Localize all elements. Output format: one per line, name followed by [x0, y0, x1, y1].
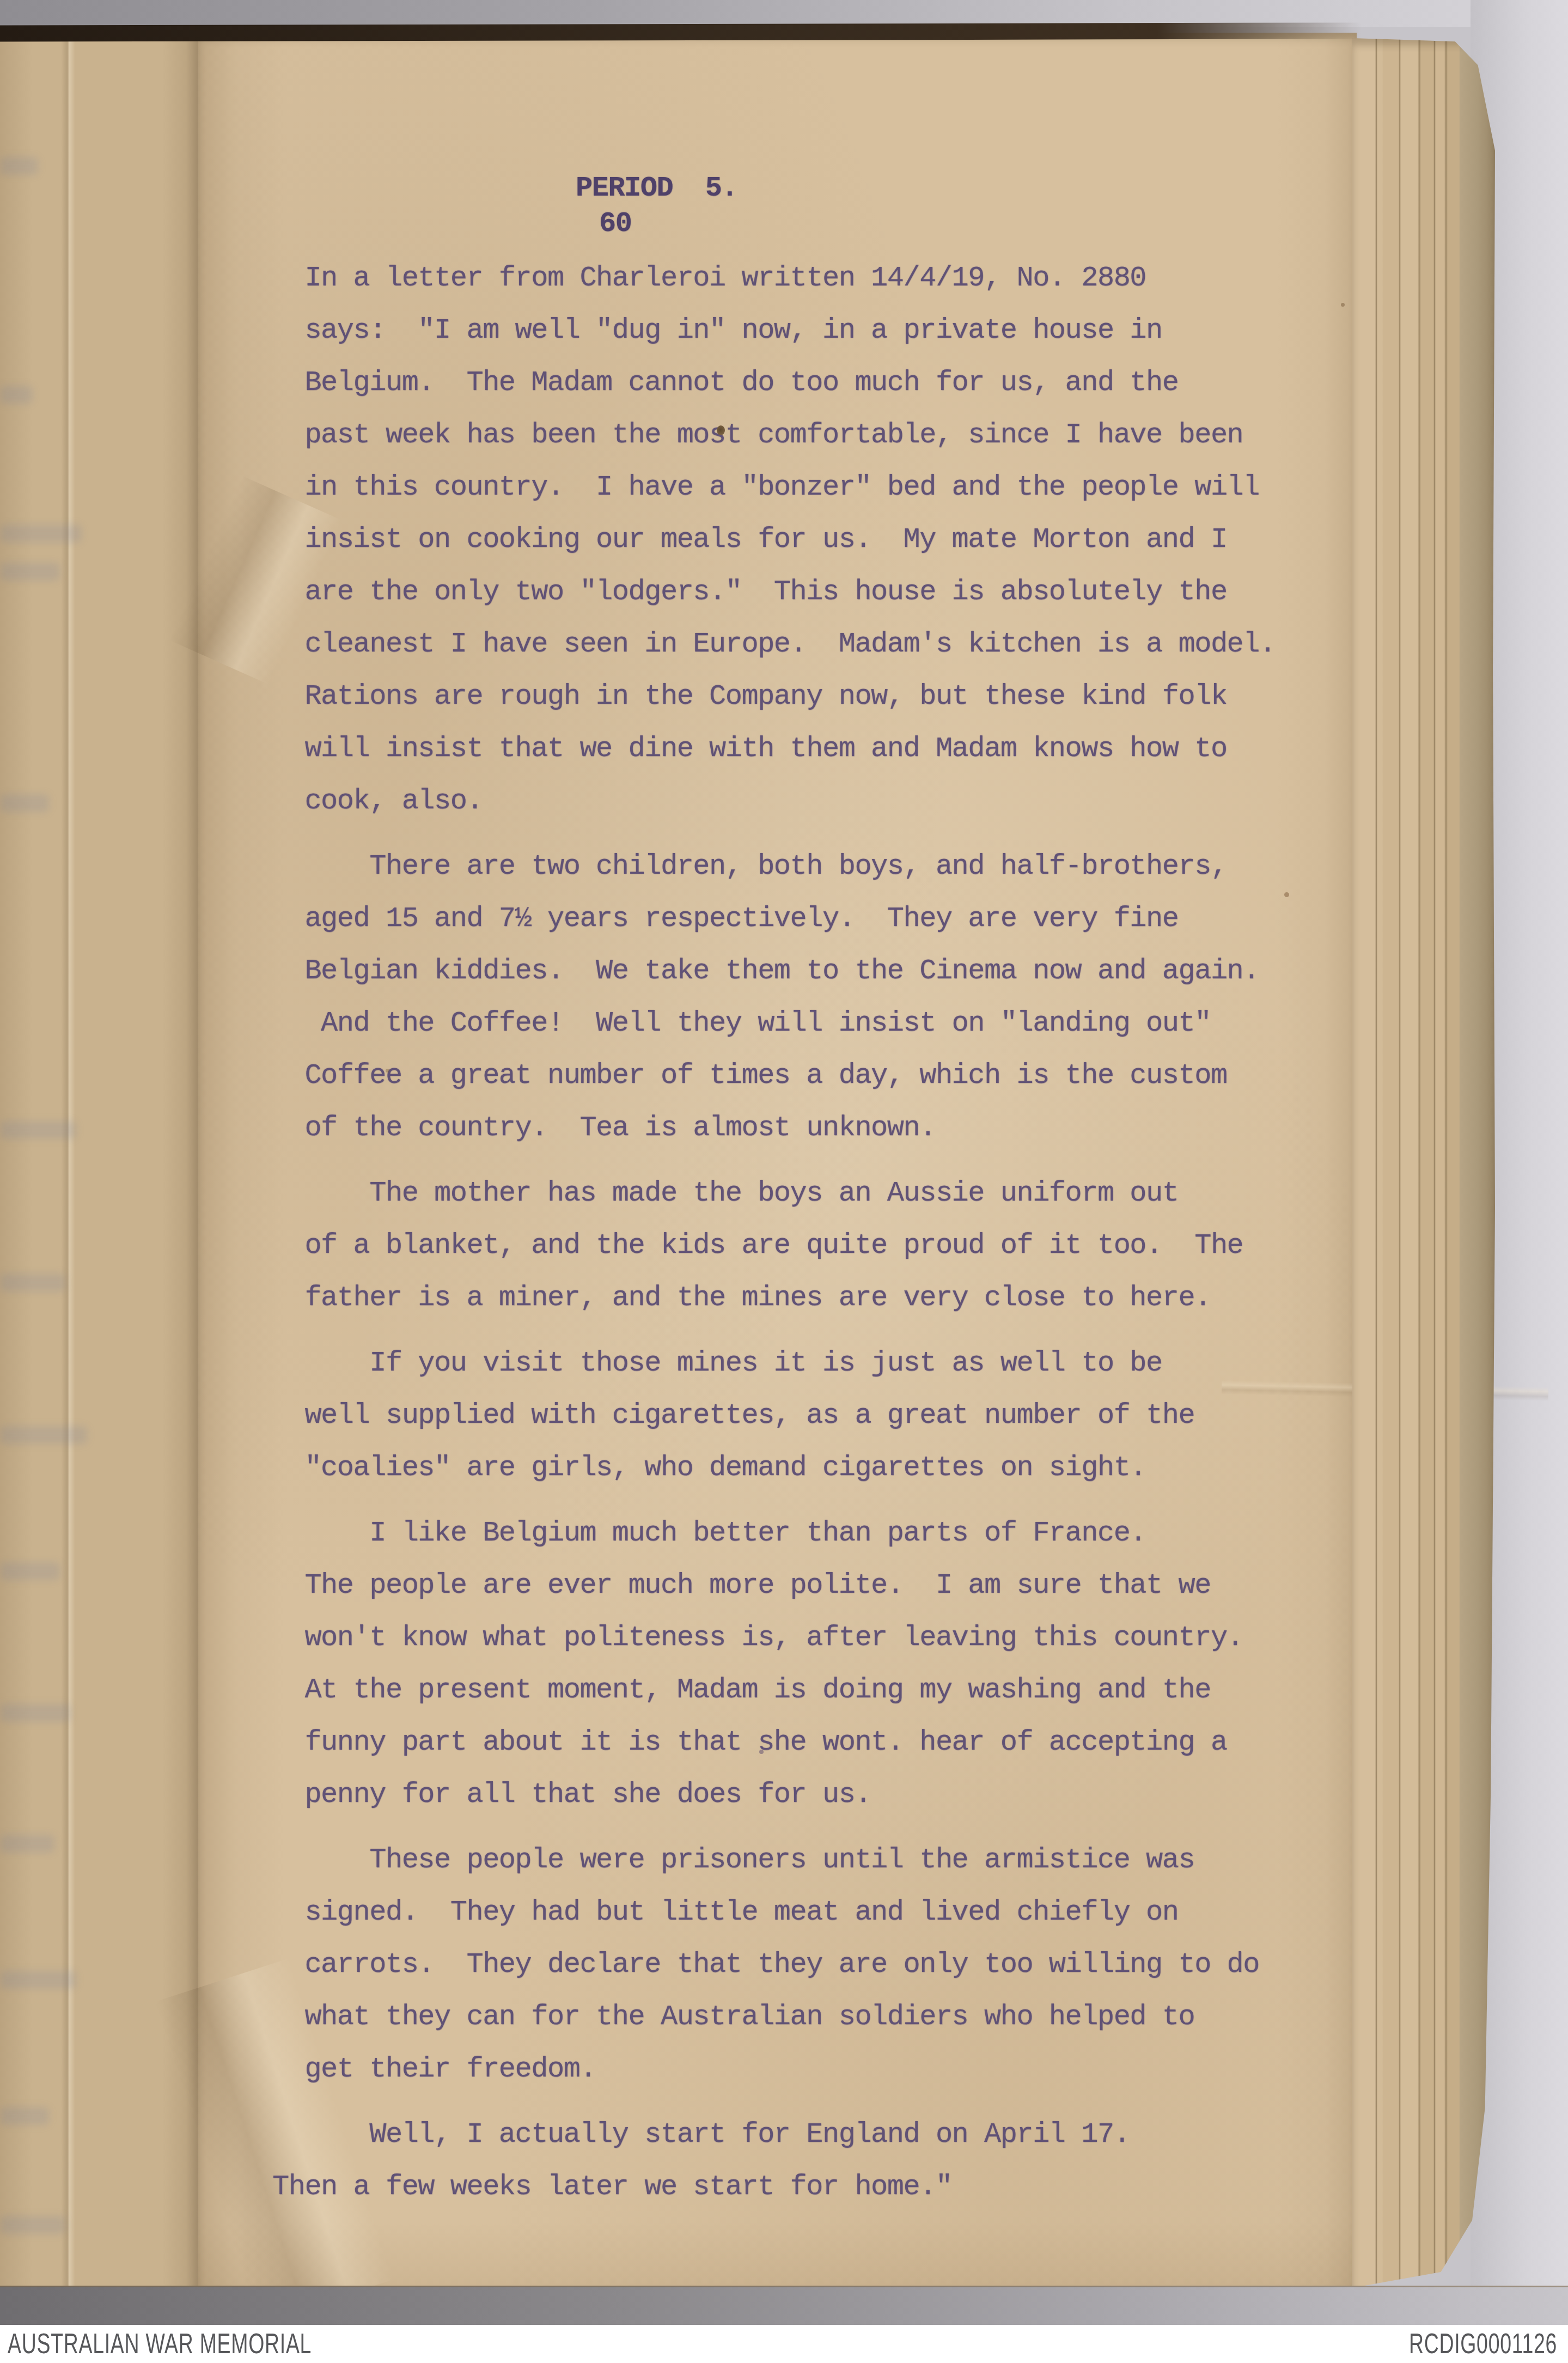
- typewritten-line: signed. They had but little meat and liv…: [272, 1886, 1362, 1939]
- paper-speck: [1341, 303, 1345, 307]
- bleed-through-mark: [0, 1562, 60, 1580]
- ink-blot-stain: [717, 425, 725, 435]
- page-number: 60: [599, 208, 631, 240]
- typewritten-line: Then a few weeks later we start for home…: [272, 2161, 1362, 2213]
- archive-institution-label: AUSTRALIAN WAR MEMORIAL: [8, 2328, 312, 2360]
- typewritten-line: funny part about it is that she wont. he…: [272, 1716, 1362, 1769]
- left-page-fold-line: [61, 32, 75, 2287]
- paper-speck: [386, 1069, 389, 1073]
- typewritten-line: get their freedom.: [272, 2043, 1362, 2096]
- typewritten-line: "coalies" are girls, who demand cigarett…: [272, 1442, 1362, 1494]
- page-edges-stack: [1352, 38, 1495, 2288]
- bleed-through-mark: [0, 1121, 76, 1139]
- typewritten-line: father is a miner, and the mines are ver…: [272, 1272, 1362, 1324]
- typewritten-line: Belgium. The Madam cannot do too much fo…: [272, 357, 1362, 409]
- paragraph: If you visit those mines it is just as w…: [272, 1337, 1362, 1494]
- typewritten-line: what they can for the Australian soldier…: [272, 1991, 1362, 2043]
- typewritten-line: past week has been the most comfortable,…: [272, 409, 1362, 461]
- typewritten-letter-body: In a letter from Charleroi written 14/4/…: [272, 252, 1362, 2226]
- page-heading: PERIOD 5.: [576, 172, 737, 204]
- typewritten-line: carrots. They declare that they are only…: [272, 1939, 1362, 1991]
- paragraph: Well, I actually start for England on Ap…: [272, 2109, 1362, 2213]
- typewritten-line: The mother has made the boys an Aussie u…: [272, 1167, 1362, 1220]
- bleed-through-mark: [0, 563, 60, 581]
- typewritten-line: penny for all that she does for us.: [272, 1769, 1362, 1821]
- typewritten-line: Belgian kiddies. We take them to the Cin…: [272, 945, 1362, 997]
- bleed-through-mark: [0, 525, 82, 543]
- typewritten-line: And the Coffee! Well they will insist on…: [272, 997, 1362, 1050]
- typewritten-line: Well, I actually start for England on Ap…: [272, 2109, 1362, 2161]
- typewritten-line: These people were prisoners until the ar…: [272, 1834, 1362, 1886]
- paragraph: I like Belgium much better than parts of…: [272, 1507, 1362, 1821]
- bleed-through-mark: [0, 1704, 71, 1722]
- bleed-through-mark: [0, 1971, 76, 1989]
- previous-page-edge: [0, 32, 200, 2287]
- typewritten-line: Rations are rough in the Company now, bu…: [272, 671, 1362, 723]
- typewritten-line: says: "I am well "dug in" now, in a priv…: [272, 304, 1362, 357]
- bleed-through-mark: [0, 386, 33, 404]
- scanner-background-bottom: [0, 2286, 1568, 2327]
- typewritten-line: will insist that we dine with them and M…: [272, 723, 1362, 775]
- bleed-through-mark: [0, 2216, 65, 2234]
- typewritten-line: well supplied with cigarettes, as a grea…: [272, 1390, 1362, 1442]
- typewritten-line: At the present moment, Madam is doing my…: [272, 1664, 1362, 1716]
- typewritten-line: insist on cooking our meals for us. My m…: [272, 514, 1362, 566]
- paper-speck: [759, 1750, 764, 1754]
- typewritten-line: in this country. I have a "bonzer" bed a…: [272, 461, 1362, 514]
- archive-reference-id: RCDIG0001126: [1409, 2328, 1557, 2360]
- typewritten-line: cleanest I have seen in Europe. Madam's …: [272, 618, 1362, 671]
- typewritten-line: The people are ever much more polite. I …: [272, 1560, 1362, 1612]
- typewritten-line: aged 15 and 7½ years respectively. They …: [272, 893, 1362, 945]
- typewritten-line: are the only two "lodgers." This house i…: [272, 566, 1362, 618]
- typewritten-line: I like Belgium much better than parts of…: [272, 1507, 1362, 1560]
- archive-footer-bar: AUSTRALIAN WAR MEMORIAL RCDIG0001126: [0, 2325, 1568, 2363]
- book-cover-edge: [0, 22, 1362, 41]
- bleed-through-mark: [0, 794, 49, 812]
- typewritten-line: of the country. Tea is almost unknown.: [272, 1102, 1362, 1154]
- typewritten-line: There are two children, both boys, and h…: [272, 841, 1362, 893]
- bleed-through-mark: [0, 1426, 87, 1444]
- typewritten-line: Coffee a great number of times a day, wh…: [272, 1050, 1362, 1102]
- bleed-through-mark: [0, 157, 38, 175]
- bleed-through-mark: [0, 2107, 49, 2125]
- paragraph: The mother has made the boys an Aussie u…: [272, 1167, 1362, 1324]
- bleed-through-mark: [0, 1274, 65, 1292]
- paper-speck: [1284, 892, 1289, 897]
- typewritten-line: of a blanket, and the kids are quite pro…: [272, 1220, 1362, 1272]
- typewritten-line: If you visit those mines it is just as w…: [272, 1337, 1362, 1390]
- typewritten-line: cook, also.: [272, 775, 1362, 827]
- paragraph: In a letter from Charleroi written 14/4/…: [272, 252, 1362, 827]
- typewritten-line: won't know what politeness is, after lea…: [272, 1612, 1362, 1664]
- scanned-document-page: PERIOD 5. 60 In a letter from Charleroi …: [0, 0, 1568, 2363]
- bleed-through-mark: [0, 1835, 54, 1853]
- paragraph: There are two children, both boys, and h…: [272, 841, 1362, 1154]
- paragraph: These people were prisoners until the ar…: [272, 1834, 1362, 2096]
- typewritten-line: In a letter from Charleroi written 14/4/…: [272, 252, 1362, 304]
